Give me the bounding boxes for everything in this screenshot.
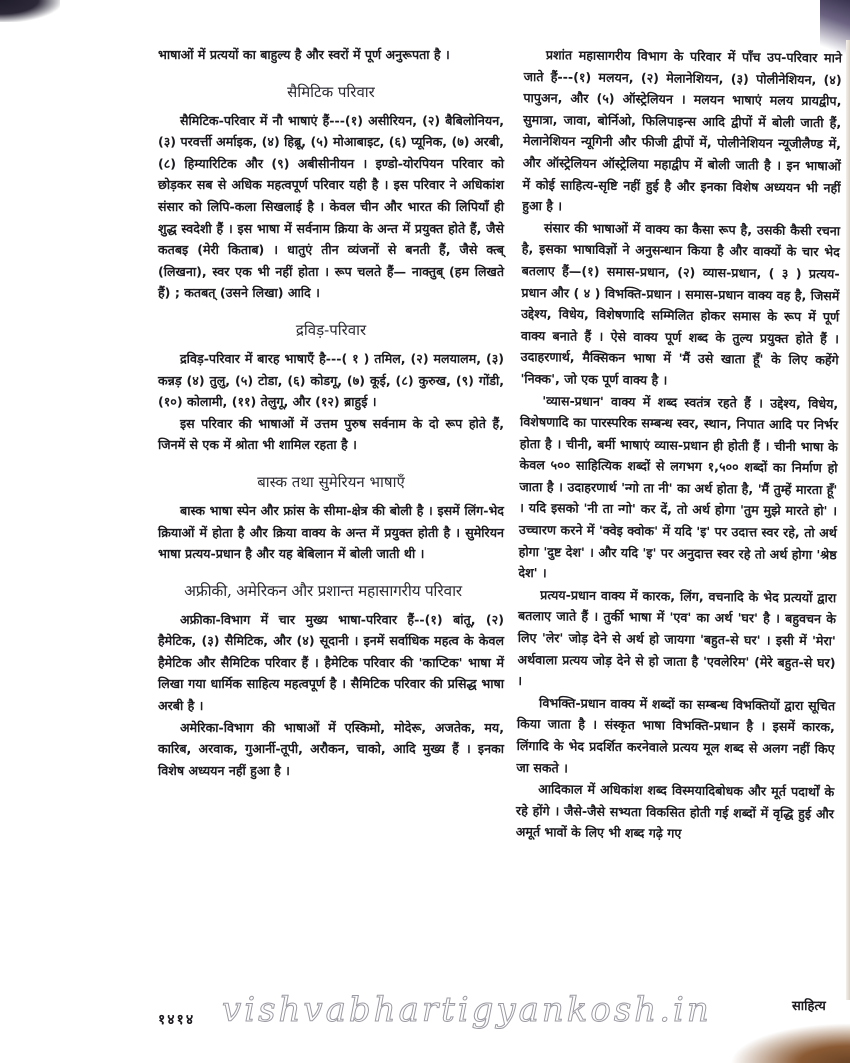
pacific-paragraph: प्रशांत महासागरीय विभाग के परिवार में पा… bbox=[522, 44, 842, 220]
dravid-paragraph-1: द्रविड़-परिवार में बारह भाषाएँ है---( १ … bbox=[158, 348, 504, 413]
dravid-paragraph-2: इस परिवार की भाषाओं में उत्तम पुरुष सर्व… bbox=[158, 413, 504, 456]
basque-paragraph: बास्क भाषा स्पेन और फ्रांस के सीमा-क्षेत… bbox=[158, 500, 504, 565]
section-label: साहित्य bbox=[792, 996, 826, 1014]
page-edge bbox=[846, 40, 850, 1000]
africa-paragraph: अफ्रीका-विभाग में चार मुख्य भाषा-परिवार … bbox=[158, 609, 504, 717]
left-column: भाषाओं में प्रत्ययों का बाहुल्य है और स्… bbox=[158, 44, 504, 781]
vyas-pradhan-paragraph: 'व्यास-प्रधान' वाक्य में शब्द स्वतंत्र र… bbox=[518, 389, 838, 587]
africa-heading: अफ्रीकी, अमेरिकन और प्रशान्त महासागरीय प… bbox=[136, 579, 510, 603]
watermark: vishvabhartigyankosh.in bbox=[222, 990, 712, 1030]
dravid-heading: द्रविड़-परिवार bbox=[158, 318, 504, 342]
semitic-paragraph: सैमिटिक-परिवार में नौ भाषाएं हैं---(१) अ… bbox=[158, 110, 504, 304]
adikal-paragraph: आदिकाल में अधिकांश शब्द विस्मयादिबोधक और… bbox=[516, 778, 835, 846]
america-paragraph: अमेरिका-विभाग की भाषाओं में एस्किमो, मोद… bbox=[158, 717, 504, 782]
book-cover-corner bbox=[730, 1023, 850, 1063]
intro-paragraph: भाषाओं में प्रत्ययों का बाहुल्य है और स्… bbox=[158, 44, 504, 66]
semitic-heading: सैमिटिक परिवार bbox=[158, 80, 504, 104]
vibhakti-pradhan-paragraph: विभक्ति-प्रधान वाक्य में शब्दों का सम्बन… bbox=[516, 692, 835, 782]
basque-heading: बास्क तथा सुमेरियन भाषाएँ bbox=[158, 470, 504, 494]
right-column: प्रशांत महासागरीय विभाग के परिवार में पा… bbox=[516, 44, 842, 846]
book-spine-shadow bbox=[0, 0, 60, 22]
page-number: १४१४ bbox=[158, 1010, 195, 1029]
pratyay-pradhan-paragraph: प्रत्यय-प्रधान वाक्य में कारक, लिंग, वचन… bbox=[517, 584, 836, 695]
sentence-types-paragraph: संसार की भाषाओं में वाक्य का कैसा रूप है… bbox=[520, 217, 840, 393]
